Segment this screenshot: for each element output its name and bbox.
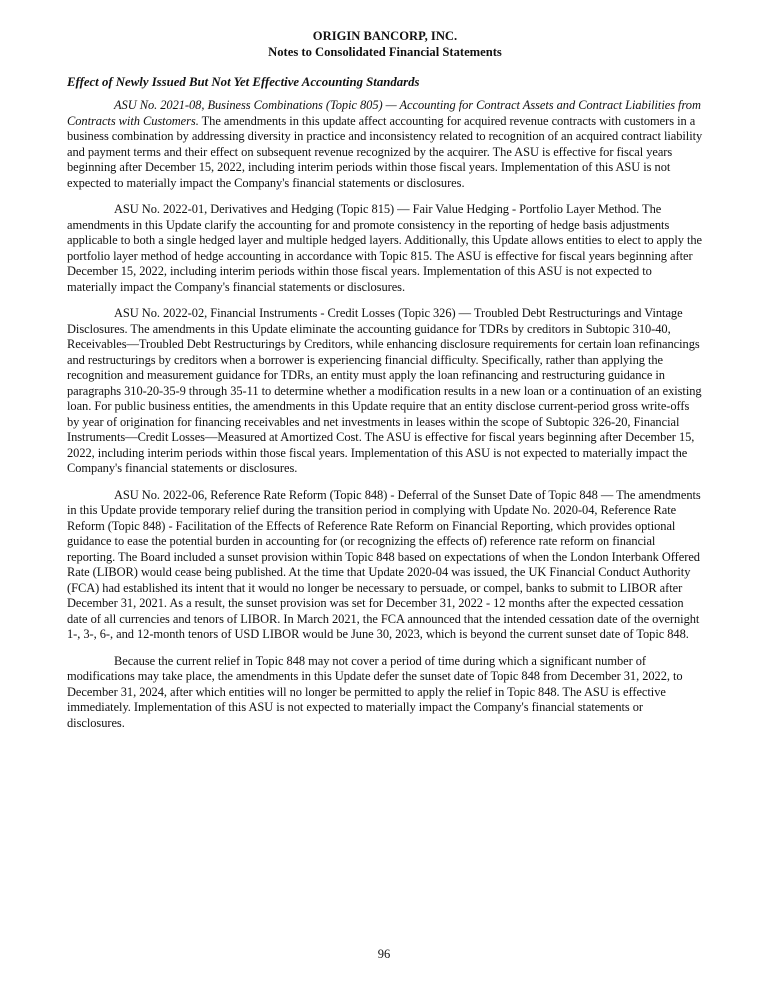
document-page: ORIGIN BANCORP, INC. Notes to Consolidat… (67, 28, 703, 742)
company-name: ORIGIN BANCORP, INC. (67, 28, 703, 44)
page-header: ORIGIN BANCORP, INC. Notes to Consolidat… (67, 28, 703, 60)
paragraph-body: ASU No. 2022-01, Derivatives and Hedging… (67, 202, 702, 294)
paragraph-asu-2022-02: ASU No. 2022-02, Financial Instruments -… (67, 306, 703, 477)
paragraph-body: ASU No. 2022-02, Financial Instruments -… (67, 306, 702, 475)
paragraph-topic-848-deferral: Because the current relief in Topic 848 … (67, 654, 703, 732)
page-number: 96 (0, 947, 768, 962)
paragraph-asu-2021-08: ASU No. 2021-08, Business Combinations (… (67, 98, 703, 191)
paragraph-asu-2022-06: ASU No. 2022-06, Reference Rate Reform (… (67, 488, 703, 643)
section-title: Effect of Newly Issued But Not Yet Effec… (67, 74, 703, 90)
paragraph-asu-2022-01: ASU No. 2022-01, Derivatives and Hedging… (67, 202, 703, 295)
paragraph-body: ASU No. 2022-06, Reference Rate Reform (… (67, 488, 701, 642)
document-subtitle: Notes to Consolidated Financial Statemen… (67, 44, 703, 60)
paragraph-body: Because the current relief in Topic 848 … (67, 654, 683, 730)
